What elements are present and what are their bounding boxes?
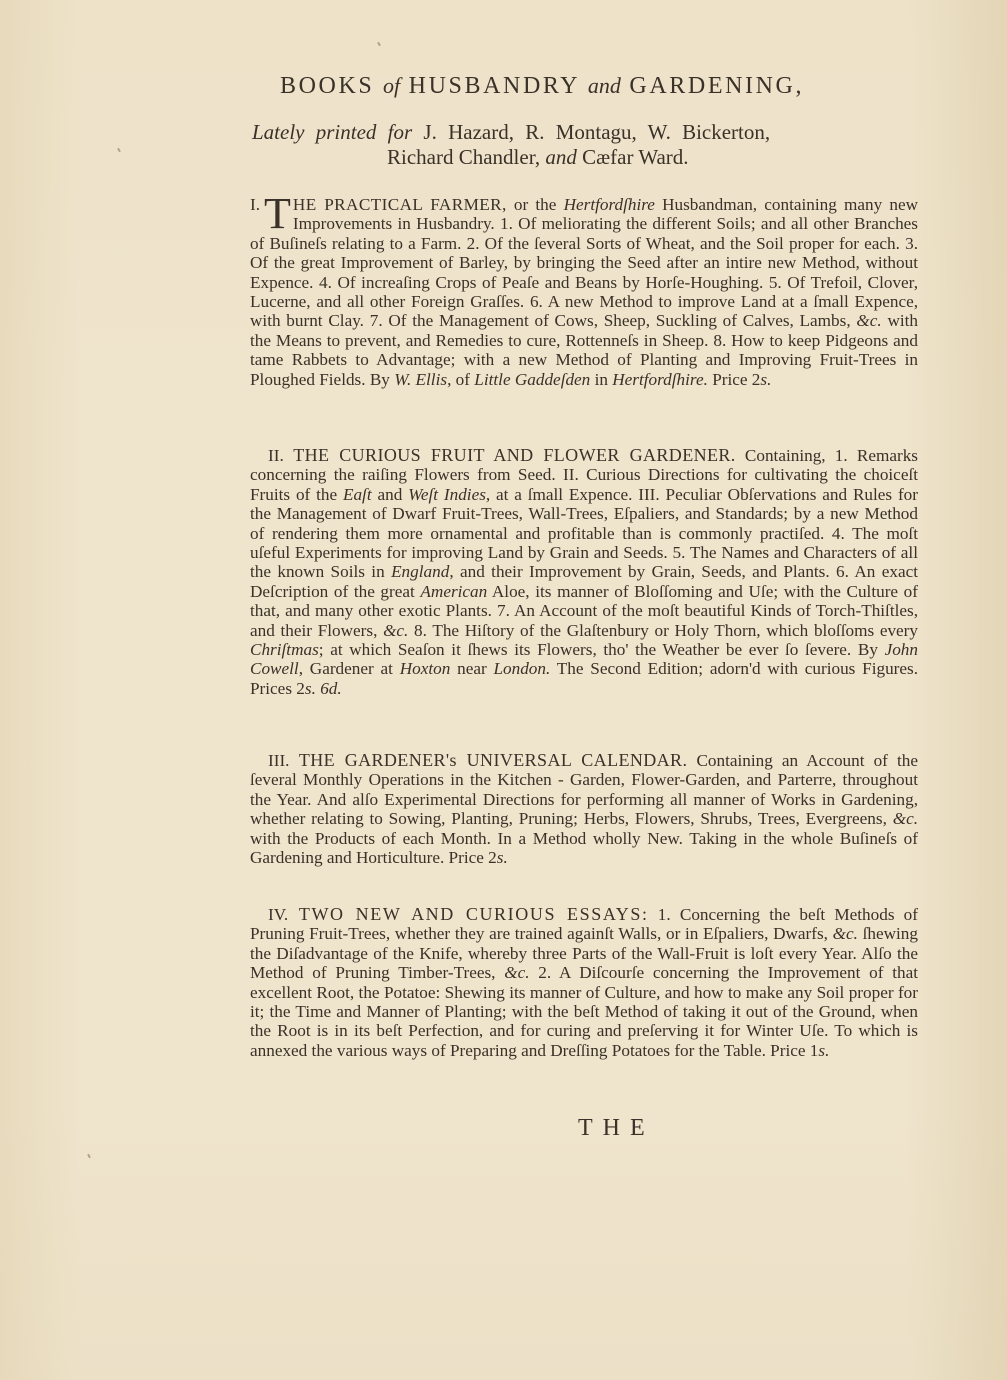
body-text: Price 2: [708, 370, 761, 389]
entry-title: THE GARDENER's UNIVERSAL CALENDAR.: [289, 750, 687, 770]
body-text: with the Products of each Month. In a Me…: [250, 829, 918, 867]
printers-and: and: [545, 145, 577, 169]
italic-text: England: [391, 562, 449, 581]
body-text: or the: [507, 195, 564, 214]
italic-text: Hoxton: [400, 659, 451, 678]
entry-title: TWO NEW AND CURIOUS ESSAYS:: [288, 904, 648, 924]
entry-body: Containing, 1. Remarks concerning the ra…: [250, 446, 918, 698]
paper-speck: [377, 42, 381, 46]
italic-text: London.: [493, 659, 550, 678]
paper-speck: [87, 1154, 91, 1158]
italic-text: s.: [497, 848, 508, 867]
italic-text: Weſt Indies: [408, 485, 486, 504]
body-text: 8. The Hiſtory of the Glaſtenbury or Hol…: [408, 621, 918, 640]
italic-text: s.: [818, 1041, 829, 1060]
italic-text: Chriſtmas: [250, 640, 319, 659]
book-entry-1: I.THE PRACTICAL FARMER, or the Hertfordſ…: [250, 195, 918, 389]
entry-body: 1. Concerning the beſt Methods of Prunin…: [250, 905, 918, 1060]
book-entry-4: IV. TWO NEW AND CURIOUS ESSAYS: 1. Conce…: [250, 905, 918, 1060]
printers-names-2b: Cæfar Ward.: [577, 145, 689, 169]
entry-title: THE CURIOUS FRUIT AND FLOWER GARDENER.: [284, 445, 736, 465]
body-text: near: [450, 659, 493, 678]
body-text: , of: [447, 370, 474, 389]
italic-text: American: [420, 582, 487, 601]
italic-text: &c.: [383, 621, 408, 640]
printers-line-1: Lately printed for J. Hazard, R. Montagu…: [250, 120, 918, 145]
italic-text: Eaſt: [343, 485, 372, 504]
entry-numeral: IV.: [268, 905, 288, 924]
italic-text: &c.: [893, 809, 918, 828]
title-books: BOOKS: [280, 73, 383, 99]
entry-body: or the Hertfordſhire Husbandman, contain…: [250, 195, 918, 389]
italic-text: &c.: [856, 311, 881, 330]
lately-printed-for: Lately printed for: [252, 120, 412, 144]
title-and: and: [588, 73, 621, 98]
italic-text: Hertfordſhire: [564, 195, 655, 214]
italic-text: s.: [760, 370, 771, 389]
printers-line-2: Richard Chandler, and Cæfar Ward.: [250, 145, 918, 170]
book-entry-3: III. THE GARDENER's UNIVERSAL CALENDAR. …: [250, 751, 918, 867]
title-husbandry: HUSBANDRY: [400, 73, 588, 99]
title-gardening: GARDENING,: [621, 73, 804, 99]
page-title: BOOKS of HUSBANDRY and GARDENING,: [280, 73, 900, 100]
catchword: THE: [578, 1115, 655, 1142]
body-text: , Gardener at: [299, 659, 400, 678]
entry-numeral: III.: [268, 751, 289, 770]
drop-cap: T: [264, 197, 291, 231]
printers-names-1: J. Hazard, R. Montagu, W. Bickerton,: [412, 120, 770, 144]
printers-names-2a: Richard Chandler,: [387, 145, 545, 169]
printers-imprint: Lately printed for J. Hazard, R. Montagu…: [250, 120, 918, 170]
body-text: and: [372, 485, 409, 504]
body-text: ; at which Seaſon it ſhews its Flowers, …: [319, 640, 885, 659]
italic-text: &c.: [833, 924, 858, 943]
italic-text: W. Ellis: [394, 370, 447, 389]
title-of: of: [383, 73, 400, 98]
paper-speck: [117, 148, 121, 152]
entry-numeral: I.: [250, 195, 260, 214]
italic-text: s. 6d.: [305, 679, 342, 698]
entry-title: HE PRACTICAL FARMER,: [293, 195, 507, 214]
body-text: in: [590, 370, 612, 389]
entry-numeral: II.: [268, 446, 284, 465]
italic-text: Hertfordſhire.: [612, 370, 708, 389]
italic-text: Little Gaddeſden: [474, 370, 590, 389]
book-entry-2: II. THE CURIOUS FRUIT AND FLOWER GARDENE…: [250, 446, 918, 698]
italic-text: &c.: [504, 963, 529, 982]
body-text: Husbandman, containing many new Improvem…: [250, 195, 918, 330]
